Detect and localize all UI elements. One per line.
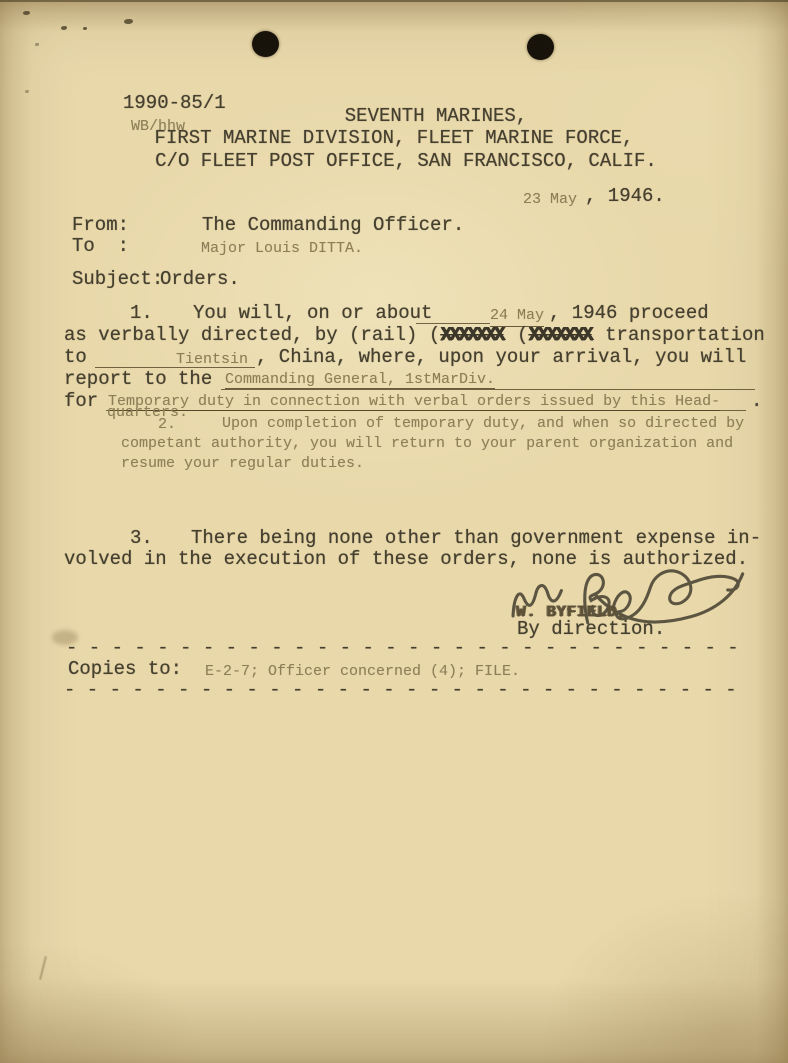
blank-underline — [416, 303, 490, 324]
letterhead-line-1: SEVENTH MARINES, — [0, 106, 788, 126]
scanned-document-page: 1990-85/1 WB/hhw SEVENTH MARINES, FIRST … — [0, 0, 788, 1063]
report-to-fill-line: Commanding General, 1stMarDiv. — [221, 369, 755, 390]
date-typed: , 1946. — [585, 186, 665, 206]
subject-label: Subject: — [72, 269, 163, 289]
struck-out-text: XXXXXXX — [528, 324, 590, 346]
scan-edge-shadow — [0, 0, 788, 2]
paper-speck — [35, 43, 39, 46]
para2-line2: competant authority, you will return to … — [121, 434, 733, 454]
para3-number: 3. — [130, 528, 153, 548]
paper-speck — [23, 11, 30, 15]
para1-duty-fill: Temporary duty in connection with verbal… — [108, 393, 720, 411]
to-value: Major Louis DITTA. — [201, 239, 363, 259]
para3-line1: There being none other than government e… — [191, 528, 761, 548]
from-value: The Commanding Officer. — [202, 215, 464, 235]
paper-speck — [25, 90, 29, 93]
from-label: From: — [72, 215, 129, 235]
para1-report-fill: Commanding General, 1stMarDiv. — [225, 371, 495, 389]
para1-line3-a: to — [64, 347, 87, 367]
dashed-separator-top: - - - - - - - - - - - - - - - - - - - - … — [66, 638, 739, 658]
para1-place-fill: Tientsin — [176, 350, 248, 370]
punch-hole-left — [252, 31, 279, 57]
copies-label: Copies to: — [68, 659, 182, 679]
para1-line5-a: for — [64, 391, 98, 411]
para1-after-date: , 1946 proceed — [549, 303, 709, 323]
para1-line2-c: transportation — [594, 324, 765, 346]
paper-speck — [83, 27, 87, 30]
para1-line5-end: . — [751, 391, 762, 411]
struck-out-text: XXXXXXX — [440, 324, 502, 346]
para1-line2-b: ( — [506, 324, 529, 346]
para1-line3-b: , China, where, upon your arrival, you w… — [256, 347, 746, 367]
to-label: To : — [72, 236, 129, 256]
para2-number: 2. — [158, 415, 176, 435]
paper-speck — [124, 19, 133, 24]
letterhead-line-3: C/O FLEET POST OFFICE, SAN FRANCISCO, CA… — [0, 151, 788, 171]
duty-fill-line: Temporary duty in connection with verbal… — [106, 391, 746, 411]
date-filled: 23 May — [523, 190, 577, 210]
paper-speck — [61, 26, 67, 30]
para2-line3: resume your regular duties. — [121, 454, 364, 474]
letterhead-line-2: FIRST MARINE DIVISION, FLEET MARINE FORC… — [0, 128, 788, 148]
para1-lead: You will, on or about — [193, 303, 432, 323]
signature-by-line: By direction. — [517, 619, 665, 639]
para1-line4-a: report to the — [64, 369, 212, 389]
punch-hole-right — [527, 34, 554, 60]
para1-line2-a: as verbally directed, by (rail) ( — [64, 324, 440, 346]
subject-value: Orders. — [160, 269, 240, 289]
para1-line2: as verbally directed, by (rail) (XXXXXXX… — [64, 325, 765, 345]
para1-number: 1. — [130, 303, 153, 323]
dashed-separator-bottom: - - - - - - - - - - - - - - - - - - - - … — [64, 680, 737, 700]
paper-crease — [39, 956, 47, 980]
para2-line1: Upon completion of temporary duty, and w… — [222, 414, 744, 434]
